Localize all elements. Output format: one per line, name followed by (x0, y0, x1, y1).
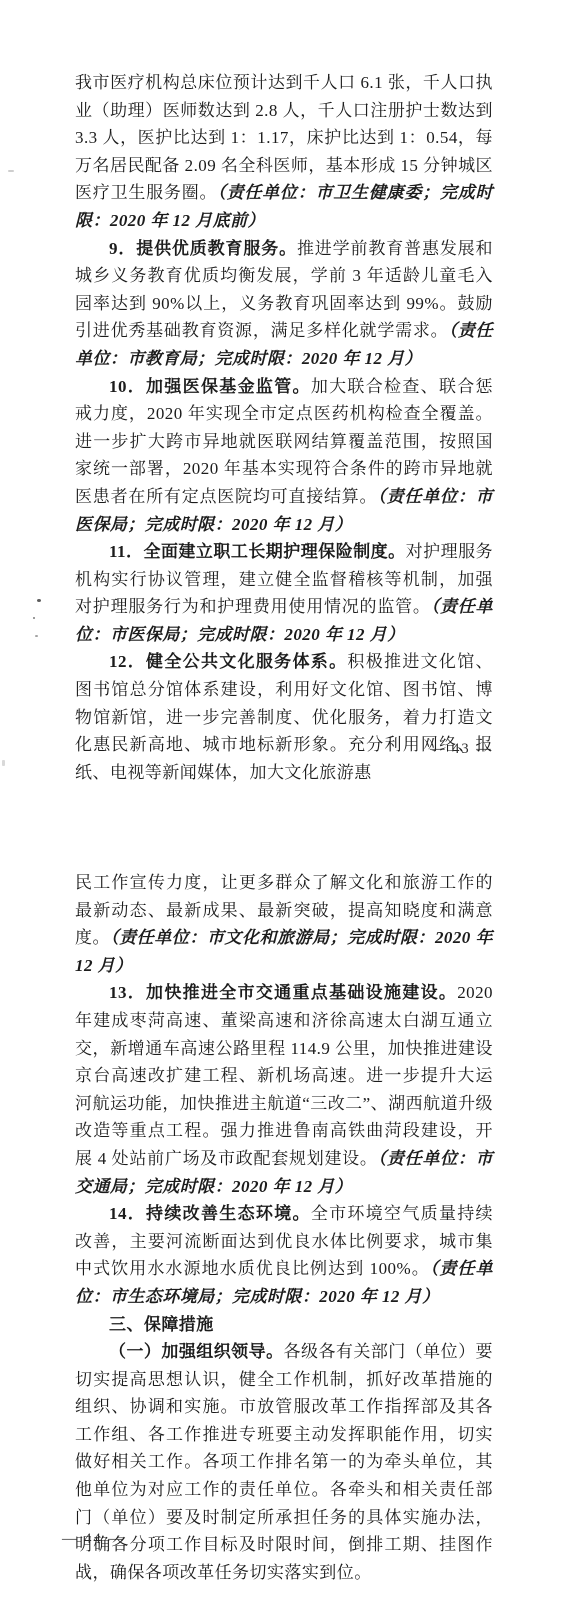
paragraph-title: 14．持续改善生态环境。 (109, 1204, 311, 1223)
paragraph-title: 12．健全公共文化服务体系。 (109, 652, 347, 671)
paragraph-body: 各级各有关部门（单位）要切实提高思想认识，健全工作机制，抓好改革措施的组织、协调… (75, 1342, 493, 1582)
scan-artifact-dot (37, 599, 41, 602)
paragraph-item-11-nursing-insurance: 11．全面建立职工长期护理保险制度。对护理服务机构实行协议管理，建立健全监督稽核… (75, 538, 493, 648)
page-44: 民工作宣传力度，让更多群众了解文化和旅游工作的最新动态、最新成果、最新突破，提高… (0, 800, 562, 1600)
scan-artifact-dot (2, 760, 5, 766)
page-44-text-block: 民工作宣传力度，让更多群众了解文化和旅游工作的最新动态、最新成果、最新突破，提高… (75, 869, 493, 1586)
paragraph-title: 13．加快推进全市交通重点基础设施建设。 (109, 983, 457, 1002)
paragraph-item-12-public-culture: 12．健全公共文化服务体系。积极推进文化馆、图书馆总分馆体系建设，利用好文化馆、… (75, 648, 493, 786)
section-heading-safeguard-measures: 三、保障措施 (75, 1311, 493, 1339)
paragraph-item-14-ecological-environment: 14．持续改善生态环境。全市环境空气质量持续改善，主要河流断面达到优良水体比例要… (75, 1200, 493, 1310)
paragraph-item-10-medical-insurance: 10．加强医保基金监管。加大联合检查、联合惩戒力度，2020 年实现全市定点医药… (75, 373, 493, 539)
paragraph-item-12-culture-continuation: 民工作宣传力度，让更多群众了解文化和旅游工作的最新动态、最新成果、最新突破，提高… (75, 869, 493, 979)
scan-artifact-dot (8, 170, 14, 172)
paragraph-item-13-transport-infrastructure: 13．加快推进全市交通重点基础设施建设。2020 年建成枣菏高速、董梁高速和济徐… (75, 979, 493, 1200)
page-number-43: — 43 — (430, 741, 493, 758)
paragraph-title: 11．全面建立职工长期护理保险制度。 (109, 542, 406, 561)
page-43: 我市医疗机构总床位预计达到千人口 6.1 张，千人口执业（助理）医师数达到 2.… (0, 0, 562, 800)
page-number-44: — 44 — (62, 1531, 125, 1548)
paragraph-medical-services-continuation: 我市医疗机构总床位预计达到千人口 6.1 张，千人口执业（助理）医师数达到 2.… (75, 69, 493, 235)
paragraph-strengthen-organizational-leadership: （一）加强组织领导。各级各有关部门（单位）要切实提高思想认识，健全工作机制，抓好… (75, 1338, 493, 1586)
responsibility-clause: （责任单位：市文化和旅游局；完成时限：2020 年 12 月） (75, 928, 493, 975)
scanned-document: 我市医疗机构总床位预计达到千人口 6.1 张，千人口执业（助理）医师数达到 2.… (0, 0, 562, 1600)
scan-artifact-dot (35, 635, 38, 637)
paragraph-title: 10．加强医保基金监管。 (109, 377, 311, 396)
paragraph-title: （一）加强组织领导。 (109, 1342, 284, 1361)
paragraph-body: 积极推进文化馆、图书馆总分馆体系建设，利用好文化馆、图书馆、博物馆新馆，进一步完… (75, 652, 493, 781)
paragraph-title: 9．提供优质教育服务。 (109, 239, 297, 258)
paragraph-body: 2020 年建成枣菏高速、董梁高速和济徐高速太白湖互通立交，新增通车高速公路里程… (75, 983, 493, 1168)
scan-artifact-dot (33, 617, 35, 619)
page-43-text-block: 我市医疗机构总床位预计达到千人口 6.1 张，千人口执业（助理）医师数达到 2.… (75, 69, 493, 786)
paragraph-item-9-education: 9．提供优质教育服务。推进学前教育普惠发展和城乡义务教育优质均衡发展，学前 3 … (75, 235, 493, 373)
